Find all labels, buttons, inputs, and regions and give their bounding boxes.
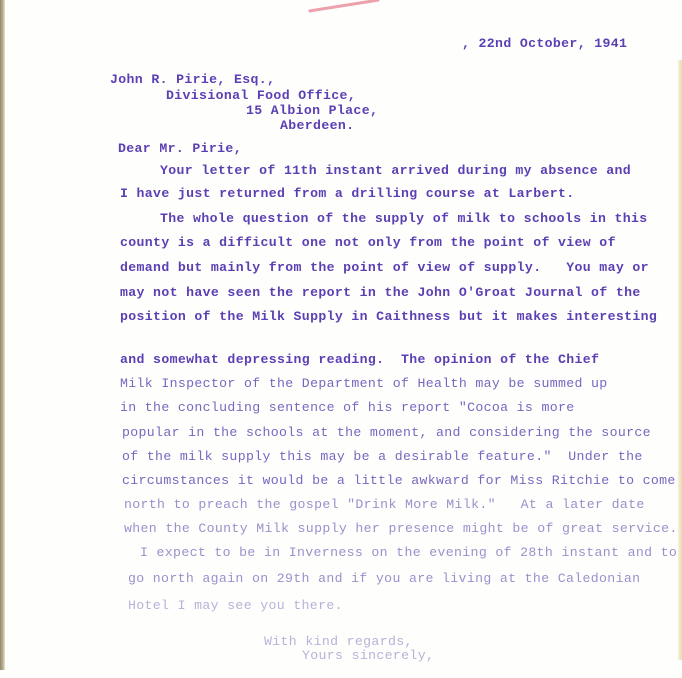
body-line: position of the Milk Supply in Caithness… [120,309,657,324]
body-line: The whole question of the supply of milk… [160,211,648,226]
letter-date: , 22nd October, 1941 [462,36,627,51]
body-line: Hotel I may see you there. [128,598,343,613]
body-line: may not have seen the report in the John… [120,285,641,300]
salutation: Dear Mr. Pirie, [118,141,242,156]
body-line: circumstances it would be a little awkwa… [122,473,676,488]
signoff: Yours sincerely, [302,648,434,663]
closing: With kind regards, [264,634,413,649]
body-line: when the County Milk supply her presence… [124,521,678,536]
body-line: Your letter of 11th instant arrived duri… [160,163,631,178]
paper-edge-left [0,0,5,670]
body-line: of the milk supply this may be a desirab… [122,449,643,464]
body-line: and somewhat depressing reading. The opi… [120,352,599,367]
body-line: go north again on 29th and if you are li… [128,571,640,586]
body-line: Milk Inspector of the Department of Heal… [120,376,608,391]
recipient-street: 15 Albion Place, [246,103,378,118]
red-pencil-mark [308,0,380,13]
body-line: in the concluding sentence of his report… [120,400,575,415]
body-line: I have just returned from a drilling cou… [120,186,575,201]
recipient-name: John R. Pirie, Esq., [110,72,275,87]
paper-edge-right [678,60,682,660]
letter-page: , 22nd October, 1941 John R. Pirie, Esq.… [0,0,682,678]
body-line: north to preach the gospel "Drink More M… [124,497,645,512]
recipient-city: Aberdeen. [280,118,354,133]
recipient-office: Divisional Food Office, [166,88,356,103]
body-line: I expect to be in Inverness on the eveni… [140,545,677,560]
body-line: county is a difficult one not only from … [120,235,616,250]
body-line: popular in the schools at the moment, an… [122,425,651,440]
body-line: demand but mainly from the point of view… [120,260,649,275]
